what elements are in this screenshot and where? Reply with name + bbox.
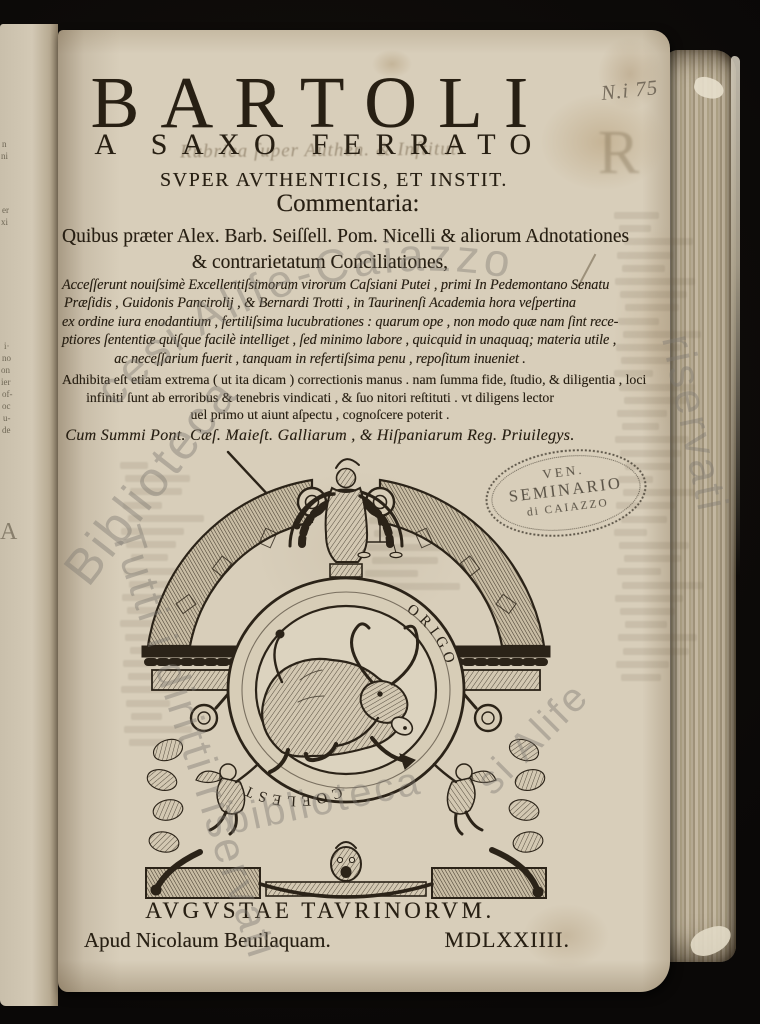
margin-text-fragment: er — [2, 206, 9, 215]
showthrough-row — [621, 357, 673, 364]
paragraph-line: infiniti ſunt ab erroribus & tenebris vi… — [62, 389, 578, 407]
paragraph-line: ac neceſſarium fuerit , tanquam in refer… — [62, 350, 578, 368]
imprint-row: Apud Nicolaum Beuilaquam. MDLXXIIII. — [84, 927, 596, 953]
showthrough-row — [616, 661, 669, 668]
subtitle-line: & contrarietatum Conciliationes, — [62, 250, 578, 276]
showthrough-row — [617, 252, 673, 259]
showthrough-row — [619, 542, 689, 549]
showthrough-row — [623, 648, 689, 655]
paragraph-line: Adhibita eſt etiam extrema ( ut ita dica… — [62, 371, 578, 389]
scanned-book-photo: n ni er xi i· no on ier of- oc u- de A R… — [0, 0, 760, 1024]
roman-paragraph: Adhibita eſt etiam extrema ( ut ita dica… — [62, 371, 578, 424]
paragraph-line: ex ordine iura enodantium , fertiliſsima… — [62, 313, 578, 331]
facing-page-edge: n ni er xi i· no on ier of- oc u- de A — [0, 24, 58, 1006]
showthrough-initial: R — [598, 118, 639, 189]
margin-text-fragment: u- — [3, 414, 11, 423]
margin-text-fragment: of- — [2, 390, 13, 399]
showthrough-row — [622, 423, 659, 430]
margin-text-fragment: i· — [4, 342, 10, 351]
showthrough-row — [620, 608, 675, 615]
showthrough-row — [621, 674, 661, 681]
book-cover-edge — [731, 56, 740, 576]
margin-text-fragment: on — [1, 366, 10, 375]
margin-text-fragment: A — [0, 520, 17, 544]
showthrough-row — [617, 410, 667, 417]
imprint-city: AVGVSTAE TAVRINORVM. — [62, 898, 578, 924]
margin-text-fragment: n — [2, 140, 7, 149]
showthrough-row — [620, 291, 687, 298]
showthrough-row — [616, 344, 681, 351]
margin-text-fragment: xi — [1, 218, 8, 227]
title-commentaria: Commentaria: — [90, 190, 606, 218]
showthrough-row — [614, 212, 659, 219]
showthrough-row — [623, 331, 701, 338]
imprint-publisher: Apud Nicolaum Beuilaquam. — [84, 928, 331, 953]
showthrough-row — [622, 265, 665, 272]
title-author-place: A SAXO FERRATO — [62, 130, 578, 160]
title-work: SVPER AVTHENTICIS, ET INSTIT. — [76, 169, 592, 192]
showthrough-row — [624, 397, 687, 404]
mask-ornament — [331, 842, 361, 881]
margin-text-fragment: ier — [1, 378, 11, 387]
margin-text-fragment: de — [2, 426, 11, 435]
subtitle-line: Quibus præter Alex. Barb. Seiſſell. Pom.… — [62, 224, 578, 250]
margin-text-fragment: no — [2, 354, 11, 363]
showthrough-row — [624, 555, 681, 562]
margin-text-fragment: ni — [1, 152, 8, 161]
showthrough-row — [625, 304, 679, 311]
paragraph-line: ptiores ſententiæ quiſque facilè intelli… — [62, 331, 578, 349]
showthrough-row — [614, 529, 647, 536]
cherub-right — [434, 764, 496, 834]
subtitle-block: Quibus præter Alex. Barb. Seiſſell. Pom.… — [62, 224, 578, 276]
paragraph-line: uel primo ut aiunt aſpectu , cognoſcere … — [62, 406, 578, 424]
paragraph-line: Acceſſerunt nouiſsimè Excellentiſsimorum… — [62, 276, 578, 294]
showthrough-row — [618, 634, 697, 641]
italic-paragraph: Acceſſerunt nouiſsimè Excellentiſsimorum… — [62, 276, 578, 368]
showthrough-row — [622, 582, 703, 589]
showthrough-row — [615, 595, 683, 602]
imprint-year: MDLXXIIII. — [445, 927, 570, 953]
paragraph-line: Præſidis , Guidonis Pancirolij , & Berna… — [62, 294, 578, 312]
showthrough-row — [617, 568, 661, 575]
margin-text-fragment: oc — [2, 402, 11, 411]
title-page: Rubrica ſuper Authen. & Inſtitut. R BART… — [58, 30, 670, 992]
showthrough-row — [615, 278, 695, 285]
showthrough-row — [618, 318, 659, 325]
showthrough-row — [625, 621, 667, 628]
showthrough-row — [624, 238, 693, 245]
handwritten-number: N.i 75 — [600, 75, 660, 106]
privilege-line: Cum Summi Pont. Cæſ. Maieſt. Galliarum ,… — [62, 427, 578, 445]
